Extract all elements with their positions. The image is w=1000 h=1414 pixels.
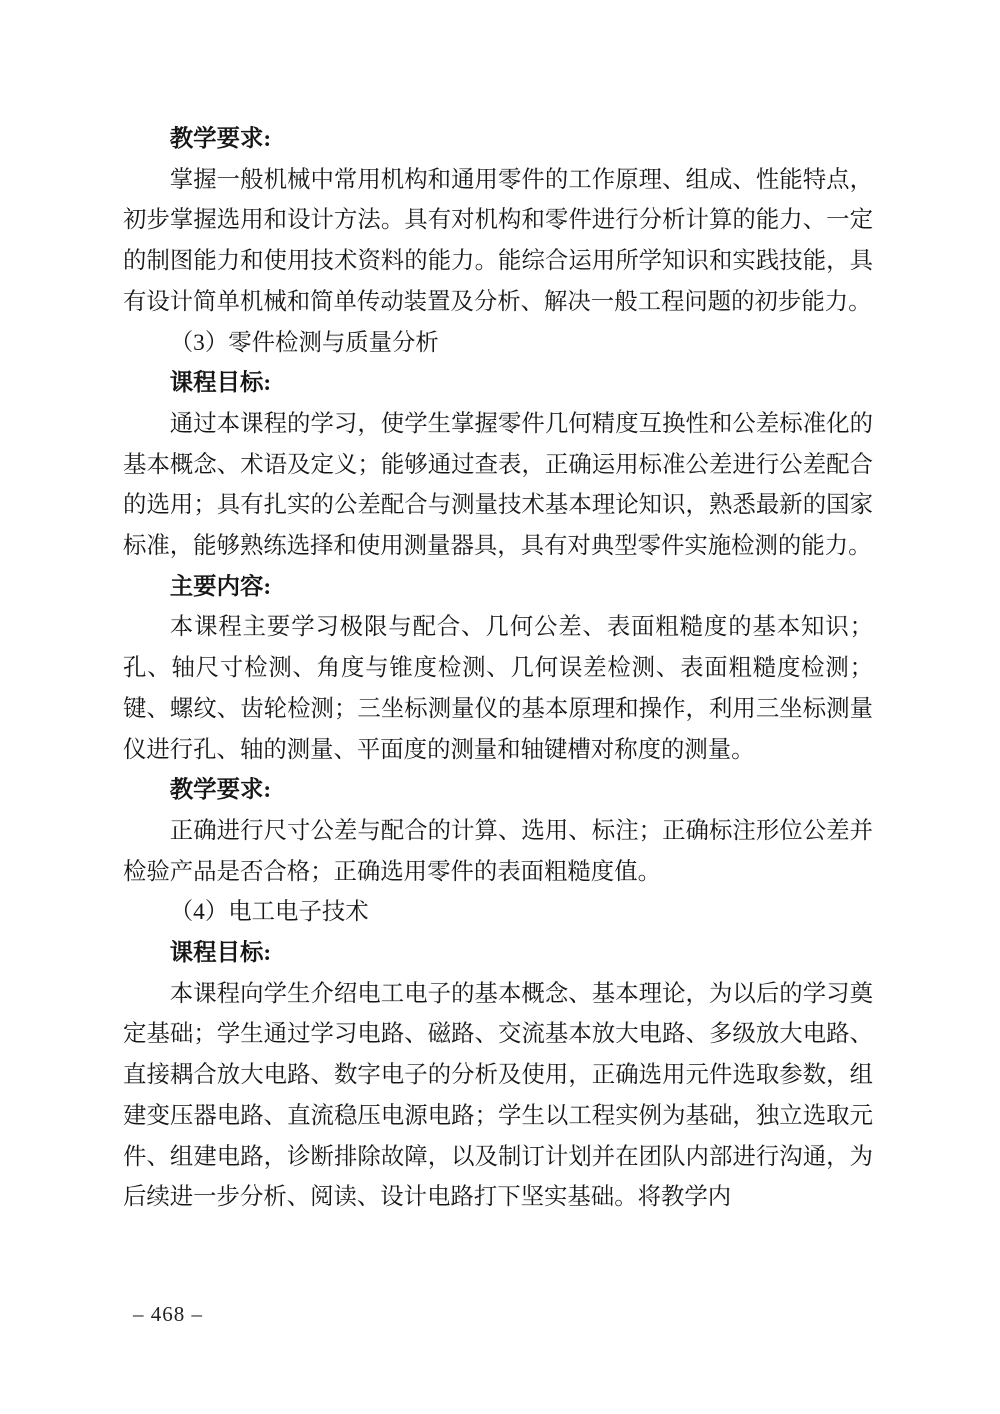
heading-teaching-requirements-1: 教学要求: [123,119,873,160]
paragraph-inspection-content: 本课程主要学习极限与配合、几何公差、表面粗糙度的基本知识；孔、轴尺寸检测、角度与… [123,607,873,770]
document-page: 教学要求: 掌握一般机械中常用机构和通用零件的工作原理、组成、性能特点，初步掌握… [0,0,1000,1414]
subsection-4-electrical-electronics: （4）电工电子技术 [123,892,873,933]
page-number: – 468 – [133,1301,203,1327]
heading-main-content: 主要内容: [123,567,873,608]
heading-course-objectives-2: 课程目标: [123,933,873,974]
paragraph-electronics-objectives: 本课程向学生介绍电工电子的基本概念、基本理论，为以后的学习奠定基础；学生通过学习… [123,974,873,1218]
heading-teaching-requirements-2: 教学要求: [123,770,873,811]
document-body: 教学要求: 掌握一般机械中常用机构和通用零件的工作原理、组成、性能特点，初步掌握… [123,119,873,1218]
subsection-3-part-inspection: （3）零件检测与质量分析 [123,323,873,364]
paragraph-mechanics-requirements: 掌握一般机械中常用机构和通用零件的工作原理、组成、性能特点，初步掌握选用和设计方… [123,160,873,323]
paragraph-inspection-objectives: 通过本课程的学习，使学生掌握零件几何精度互换性和公差标准化的基本概念、术语及定义… [123,404,873,567]
heading-course-objectives-1: 课程目标: [123,363,873,404]
paragraph-inspection-requirements: 正确进行尺寸公差与配合的计算、选用、标注；正确标注形位公差并检验产品是否合格；正… [123,811,873,892]
